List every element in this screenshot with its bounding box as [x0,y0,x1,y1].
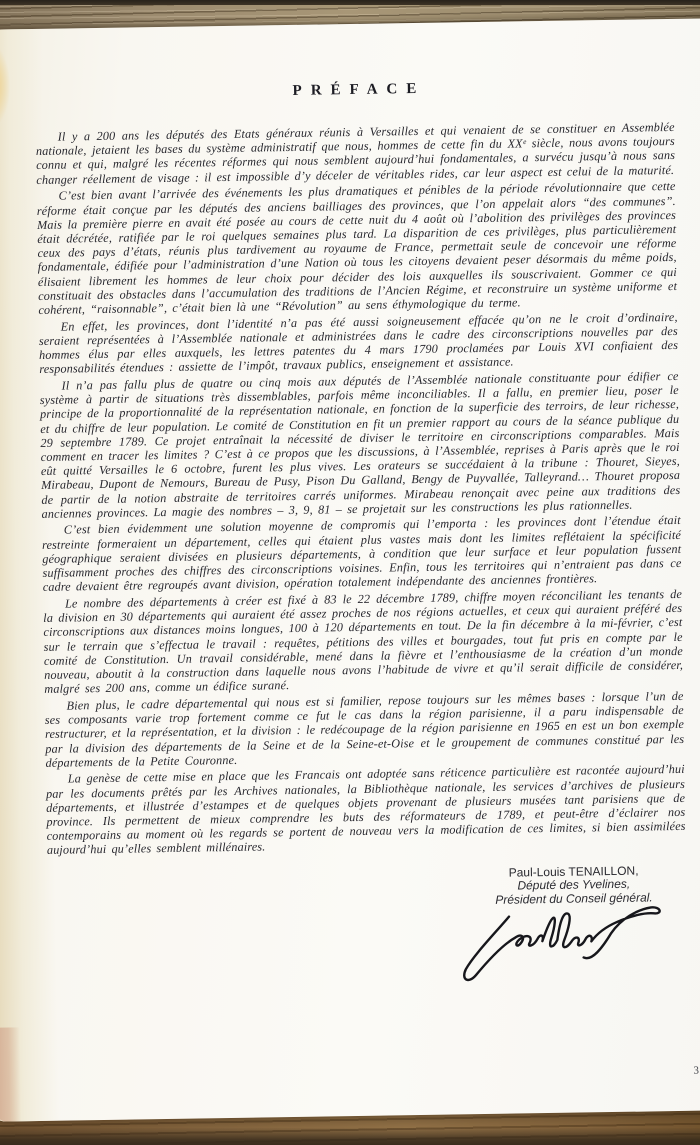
handwritten-signature [447,905,668,996]
signature-block: Paul-Louis TENAILLON, Député des Yveline… [495,864,653,907]
page-number: 3 [693,1065,699,1077]
preface-paragraph-1: Il y a 200 ans les députés des Etats gén… [36,120,676,187]
preface-paragraph-5: C’est bien évidemment une solution moyen… [42,513,682,594]
book-page: PRÉFACE Il y a 200 ans les députés des E… [0,18,700,1122]
preface-paragraph-6: Le nombre des départements à créer est f… [43,587,683,696]
preface-paragraph-7: Bien plus, le cadre départemental qui no… [45,689,685,770]
preface-paragraph-4: Il n’a pas fallu plus de quatre ou cinq … [39,369,680,521]
preface-content: PRÉFACE Il y a 200 ans les députés des E… [35,77,688,1002]
preface-paragraph-3: En effet, les provinces, dont l’identité… [39,310,679,377]
underlying-page-edge [0,35,40,146]
photo-top-edge [0,0,700,5]
page-stack-edge [0,1027,21,1121]
preface-paragraph-8: La genèse de cette mise en place que les… [46,762,686,857]
preface-title: PRÉFACE [35,77,674,104]
book-photo: PRÉFACE Il y a 200 ans les députés des E… [0,0,700,1145]
photo-bottom-edge [0,1128,700,1145]
preface-paragraph-2: C’est bien avant l’arrivée des événement… [37,179,678,317]
